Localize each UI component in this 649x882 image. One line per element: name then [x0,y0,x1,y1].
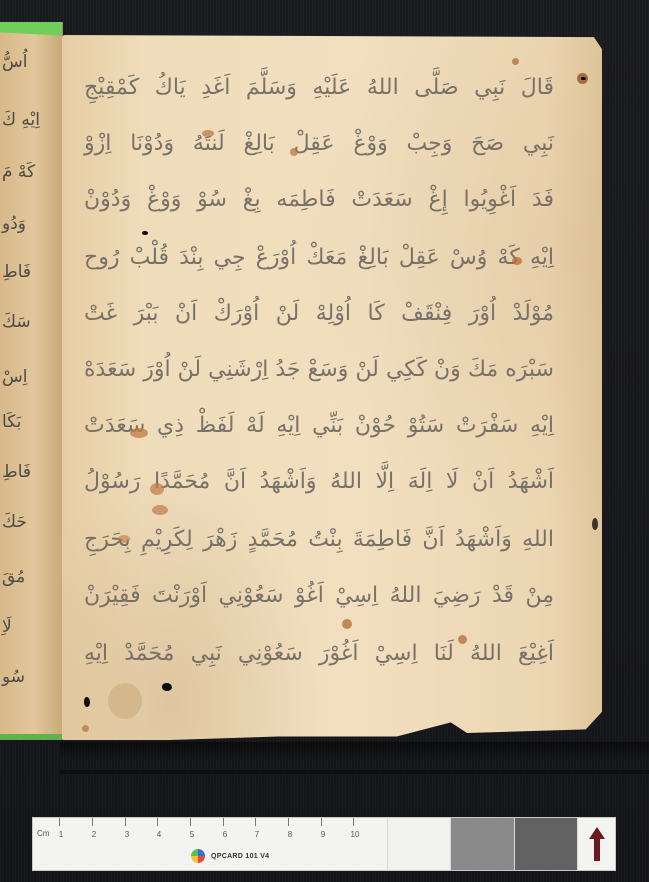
ruler-number: 5 [190,830,194,839]
ruler-tick [223,818,224,826]
ruler-unit-label: Cm [37,829,49,838]
previous-leaf: اُسُّ اِيْهِ كَ كَهْ مَ وَدُو فَاطِ سَكَ… [0,22,63,740]
left-leaf-text: سَكَ [2,312,31,332]
left-leaf-text: سُو [2,667,25,687]
worm-hole [162,683,172,691]
text-line: قَالَ نَبِي صَلَّى اللهُ عَلَيْهِ وَسَلَ… [84,73,554,103]
ruler-tick [353,818,354,826]
worm-hole [142,231,148,235]
ruler-number: 10 [351,830,360,839]
foxing-stain [512,257,522,265]
ruler-tick [288,818,289,826]
orientation-arrow [577,818,615,870]
green-binding-edge [0,734,62,740]
manuscript-page: قَالَ نَبِي صَلَّى اللهُ عَلَيْهِ وَسَلَ… [62,35,602,740]
foxing-stain [512,58,519,65]
left-leaf-text: فَاطِ [2,262,31,282]
qpcard-logo-icon [191,849,205,863]
left-leaf-text: حَكَ [2,512,27,532]
water-stain [108,683,142,719]
text-line: اللهِ وَاَشْهَدُ اَنَّ فَاطِمَةَ بِنْتُ … [84,525,554,555]
cloth-fold-line [60,770,649,774]
left-leaf-text: اِيْهِ كَ [2,110,40,130]
ruler-tick [255,818,256,826]
ruler-number: 4 [157,830,161,839]
ruler-tick [321,818,322,826]
worm-hole [581,77,586,80]
left-leaf-text: اُسُّ [2,52,27,72]
edge-tear [592,518,598,530]
text-line: نَبِي صَحَ وَجِبْ وَوْغْ عَقِلْ بَالِغْ … [84,129,554,159]
foxing-stain [150,483,164,495]
ruler-tick [125,818,126,826]
worm-hole [84,697,90,707]
foxing-stain [118,535,130,543]
foxing-stain [202,130,214,137]
left-leaf-text: اِسْ [2,367,27,387]
white-swatch [387,818,450,870]
foxing-stain [82,725,89,732]
left-leaf-text: مُقَ [2,567,25,587]
ruler-number: 6 [223,830,227,839]
text-line: فَدَ اَغْوِيُوا إِغْ سَعَدَتْ فَاطِمَه ب… [84,185,554,215]
centimeter-ruler: Cm 1 2 3 4 5 6 7 8 9 10 QPCARD 101 V4 [33,818,387,870]
ruler-tick [59,818,60,826]
ruler-tick [157,818,158,826]
foxing-stain [458,635,467,644]
ruler-number: 8 [288,830,292,839]
ruler-number: 3 [125,830,129,839]
left-leaf-text: كَهْ مَ [2,162,35,182]
left-leaf-text: فَاطِ [2,462,31,482]
left-leaf-text: بَكَا [2,412,21,432]
text-line: اِيْهِ سَفْرَتْ سَتُوْ حُوْنْ بَنِّي اِي… [84,411,554,441]
foxing-stain [342,619,352,629]
left-leaf-text: وَدُو [2,214,26,234]
text-line: مِنْ قَدْ رَضِيَ اللهُ اِسِيْ اَغُوْ سَع… [84,581,554,611]
up-arrow-icon [589,827,605,861]
text-line: مُوْلَدْ اُوْرَ فِنْقَفْ كَا اُوْلِهْ لَ… [84,299,554,329]
ruler-number: 1 [59,830,63,839]
color-calibration-card: Cm 1 2 3 4 5 6 7 8 9 10 QPCARD 101 V4 [32,817,616,871]
qpcard-label: QPCARD 101 V4 [211,853,269,860]
text-line: اِيْهِ كَهْ وُسْ عَقِلْ بَالِغْ مَعَكْ ا… [84,243,554,273]
mid-gray-swatch [450,818,514,870]
foxing-stain [290,148,298,156]
qpcard-brand: QPCARD 101 V4 [191,849,269,863]
ruler-tick [190,818,191,826]
text-line: سَبْرَه مَكَ وَنْ كَكِي لَنْ وَسَعْ جَدُ… [84,355,554,385]
page-shadow [60,742,649,762]
dark-gray-swatch [514,818,577,870]
left-leaf-text: لَاِ [2,617,12,637]
green-tab-marker [0,22,62,36]
foxing-stain [130,428,148,438]
ruler-tick [92,818,93,826]
ruler-number: 9 [321,830,325,839]
text-line: اَغِيْعَ اللهُ لَنَا اِسِيْ اَغُوْرَ سَع… [84,639,554,669]
ruler-number: 7 [255,830,259,839]
ruler-number: 2 [92,830,96,839]
foxing-stain [152,505,168,515]
